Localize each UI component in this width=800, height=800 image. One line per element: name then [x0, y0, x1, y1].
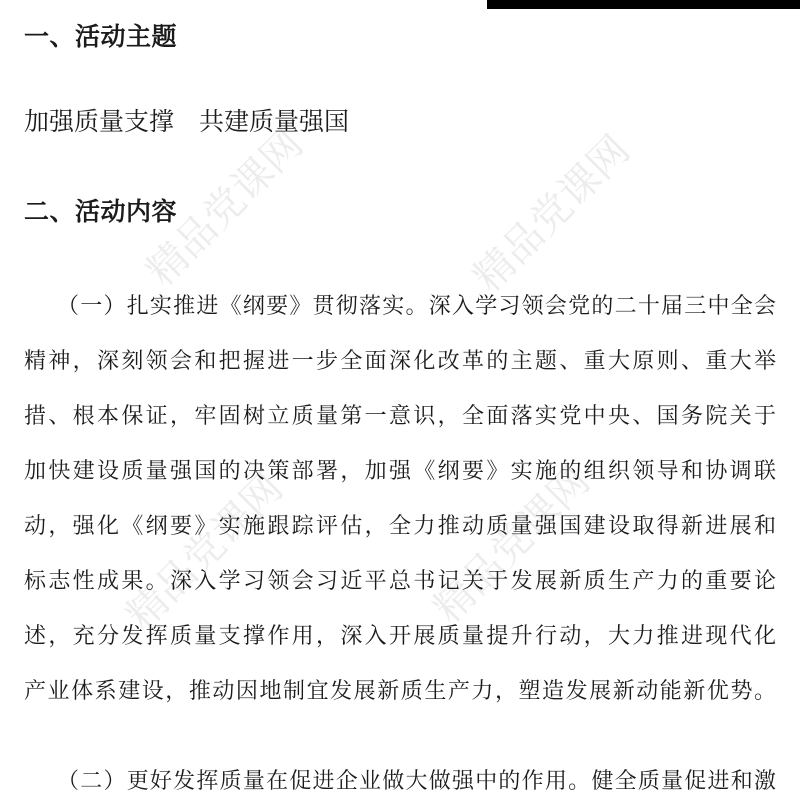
paragraph-1: （一）扎实推进《纲要》贯彻落实。深入学习领会党的二十届三中全会 精神，深刻领会和…	[24, 278, 776, 718]
document-body: 一、活动主题 加强质量支撑 共建质量强国 二、活动内容 （一）扎实推进《纲要》贯…	[0, 22, 800, 800]
paragraph-line: 标志性成果。深入学习领会习近平总书记关于发展新质生产力的重要论	[24, 553, 776, 608]
paragraph-line: 精神，深刻领会和把握进一步全面深化改革的主题、重大原则、重大举	[24, 333, 776, 388]
heading-activity-theme: 一、活动主题	[24, 22, 776, 52]
paragraph-line: 产业体系建设，推动因地制宜发展新质生产力，塑造发展新动能新优势。	[24, 663, 776, 718]
paragraph-line: （二）更好发挥质量在促进企业做大做强中的作用。健全质量促进和激	[24, 753, 776, 800]
top-black-bar	[487, 0, 800, 9]
paragraph-line: 措、根本保证，牢固树立质量第一意识，全面落实党中央、国务院关于	[24, 388, 776, 443]
paragraph-2: （二）更好发挥质量在促进企业做大做强中的作用。健全质量促进和激	[24, 753, 776, 800]
activity-slogan: 加强质量支撑 共建质量强国	[24, 107, 776, 137]
document-page: 精品党课网 精品党课网 精品党课网 精品党课网 一、活动主题 加强质量支撑 共建…	[0, 0, 800, 800]
heading-activity-content: 二、活动内容	[24, 197, 776, 227]
paragraph-line: 述，充分发挥质量支撑作用，深入开展质量提升行动，大力推进现代化	[24, 608, 776, 663]
paragraph-line: 加快建设质量强国的决策部署，加强《纲要》实施的组织领导和协调联	[24, 443, 776, 498]
paragraph-line: 动，强化《纲要》实施跟踪评估，全力推动质量强国建设取得新进展和	[24, 498, 776, 553]
paragraph-line: （一）扎实推进《纲要》贯彻落实。深入学习领会党的二十届三中全会	[24, 278, 776, 333]
